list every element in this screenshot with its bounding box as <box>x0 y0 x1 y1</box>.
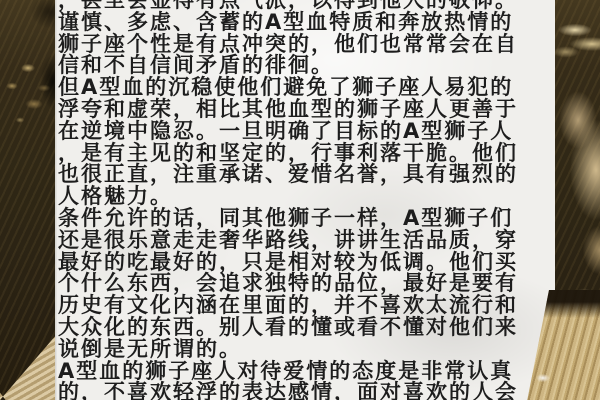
text-line: ，是有主见的和坚定的，行事利落干脆。他们 <box>58 143 554 165</box>
screenshot-root: { "article": { "lines": [ "，甚至会显得有点气派，以得… <box>0 0 600 400</box>
text-line: 但A型血的沉稳使他们避免了狮子座人易犯的 <box>58 77 554 99</box>
article-panel: ，甚至会显得有点气派，以得到他人的敬仰。谨慎、多虑、含蓄的A型血特质和奔放热情的… <box>55 0 555 400</box>
text-line: 浮夸和虚荣，相比其他血型的狮子座人更善于 <box>58 99 554 121</box>
text-line: 人格魅力。 <box>58 186 554 208</box>
text-line: 狮子座个性是有点冲突的，他们也常常会在自 <box>58 34 554 56</box>
text-line: 说倒是无所谓的。 <box>58 339 554 361</box>
text-line: 条件允许的话，同其他狮子一样，A型狮子们 <box>58 208 554 230</box>
article-text: ，甚至会显得有点气派，以得到他人的敬仰。谨慎、多虑、含蓄的A型血特质和奔放热情的… <box>58 0 554 400</box>
text-line: 的，不喜欢轻浮的表达感情，面对喜欢的人会 <box>58 382 554 400</box>
text-line: 大众化的东西。别人看的懂或看不懂对他们来 <box>58 317 554 339</box>
text-line: A型血的狮子座人对待爱情的态度是非常认真 <box>58 361 554 383</box>
text-line: 也很正直，注重承诺、爱惜名誉，具有强烈的 <box>58 164 554 186</box>
text-line: 信和不自信间矛盾的徘徊。 <box>58 55 554 77</box>
text-line: 在逆境中隐忍。一旦明确了目标的A型狮子人 <box>58 121 554 143</box>
text-line: 最好的吃最好的，只是相对较为低调。他们买 <box>58 252 554 274</box>
text-line: 历史有文化内涵在里面的，并不喜欢太流行和 <box>58 295 554 317</box>
text-line: 谨慎、多虑、含蓄的A型血特质和奔放热情的 <box>58 12 554 34</box>
text-line: 个什么东西，会追求独特的品位，最好是要有 <box>58 273 554 295</box>
text-line: 还是很乐意走走奢华路线，讲讲生活品质，穿 <box>58 230 554 252</box>
